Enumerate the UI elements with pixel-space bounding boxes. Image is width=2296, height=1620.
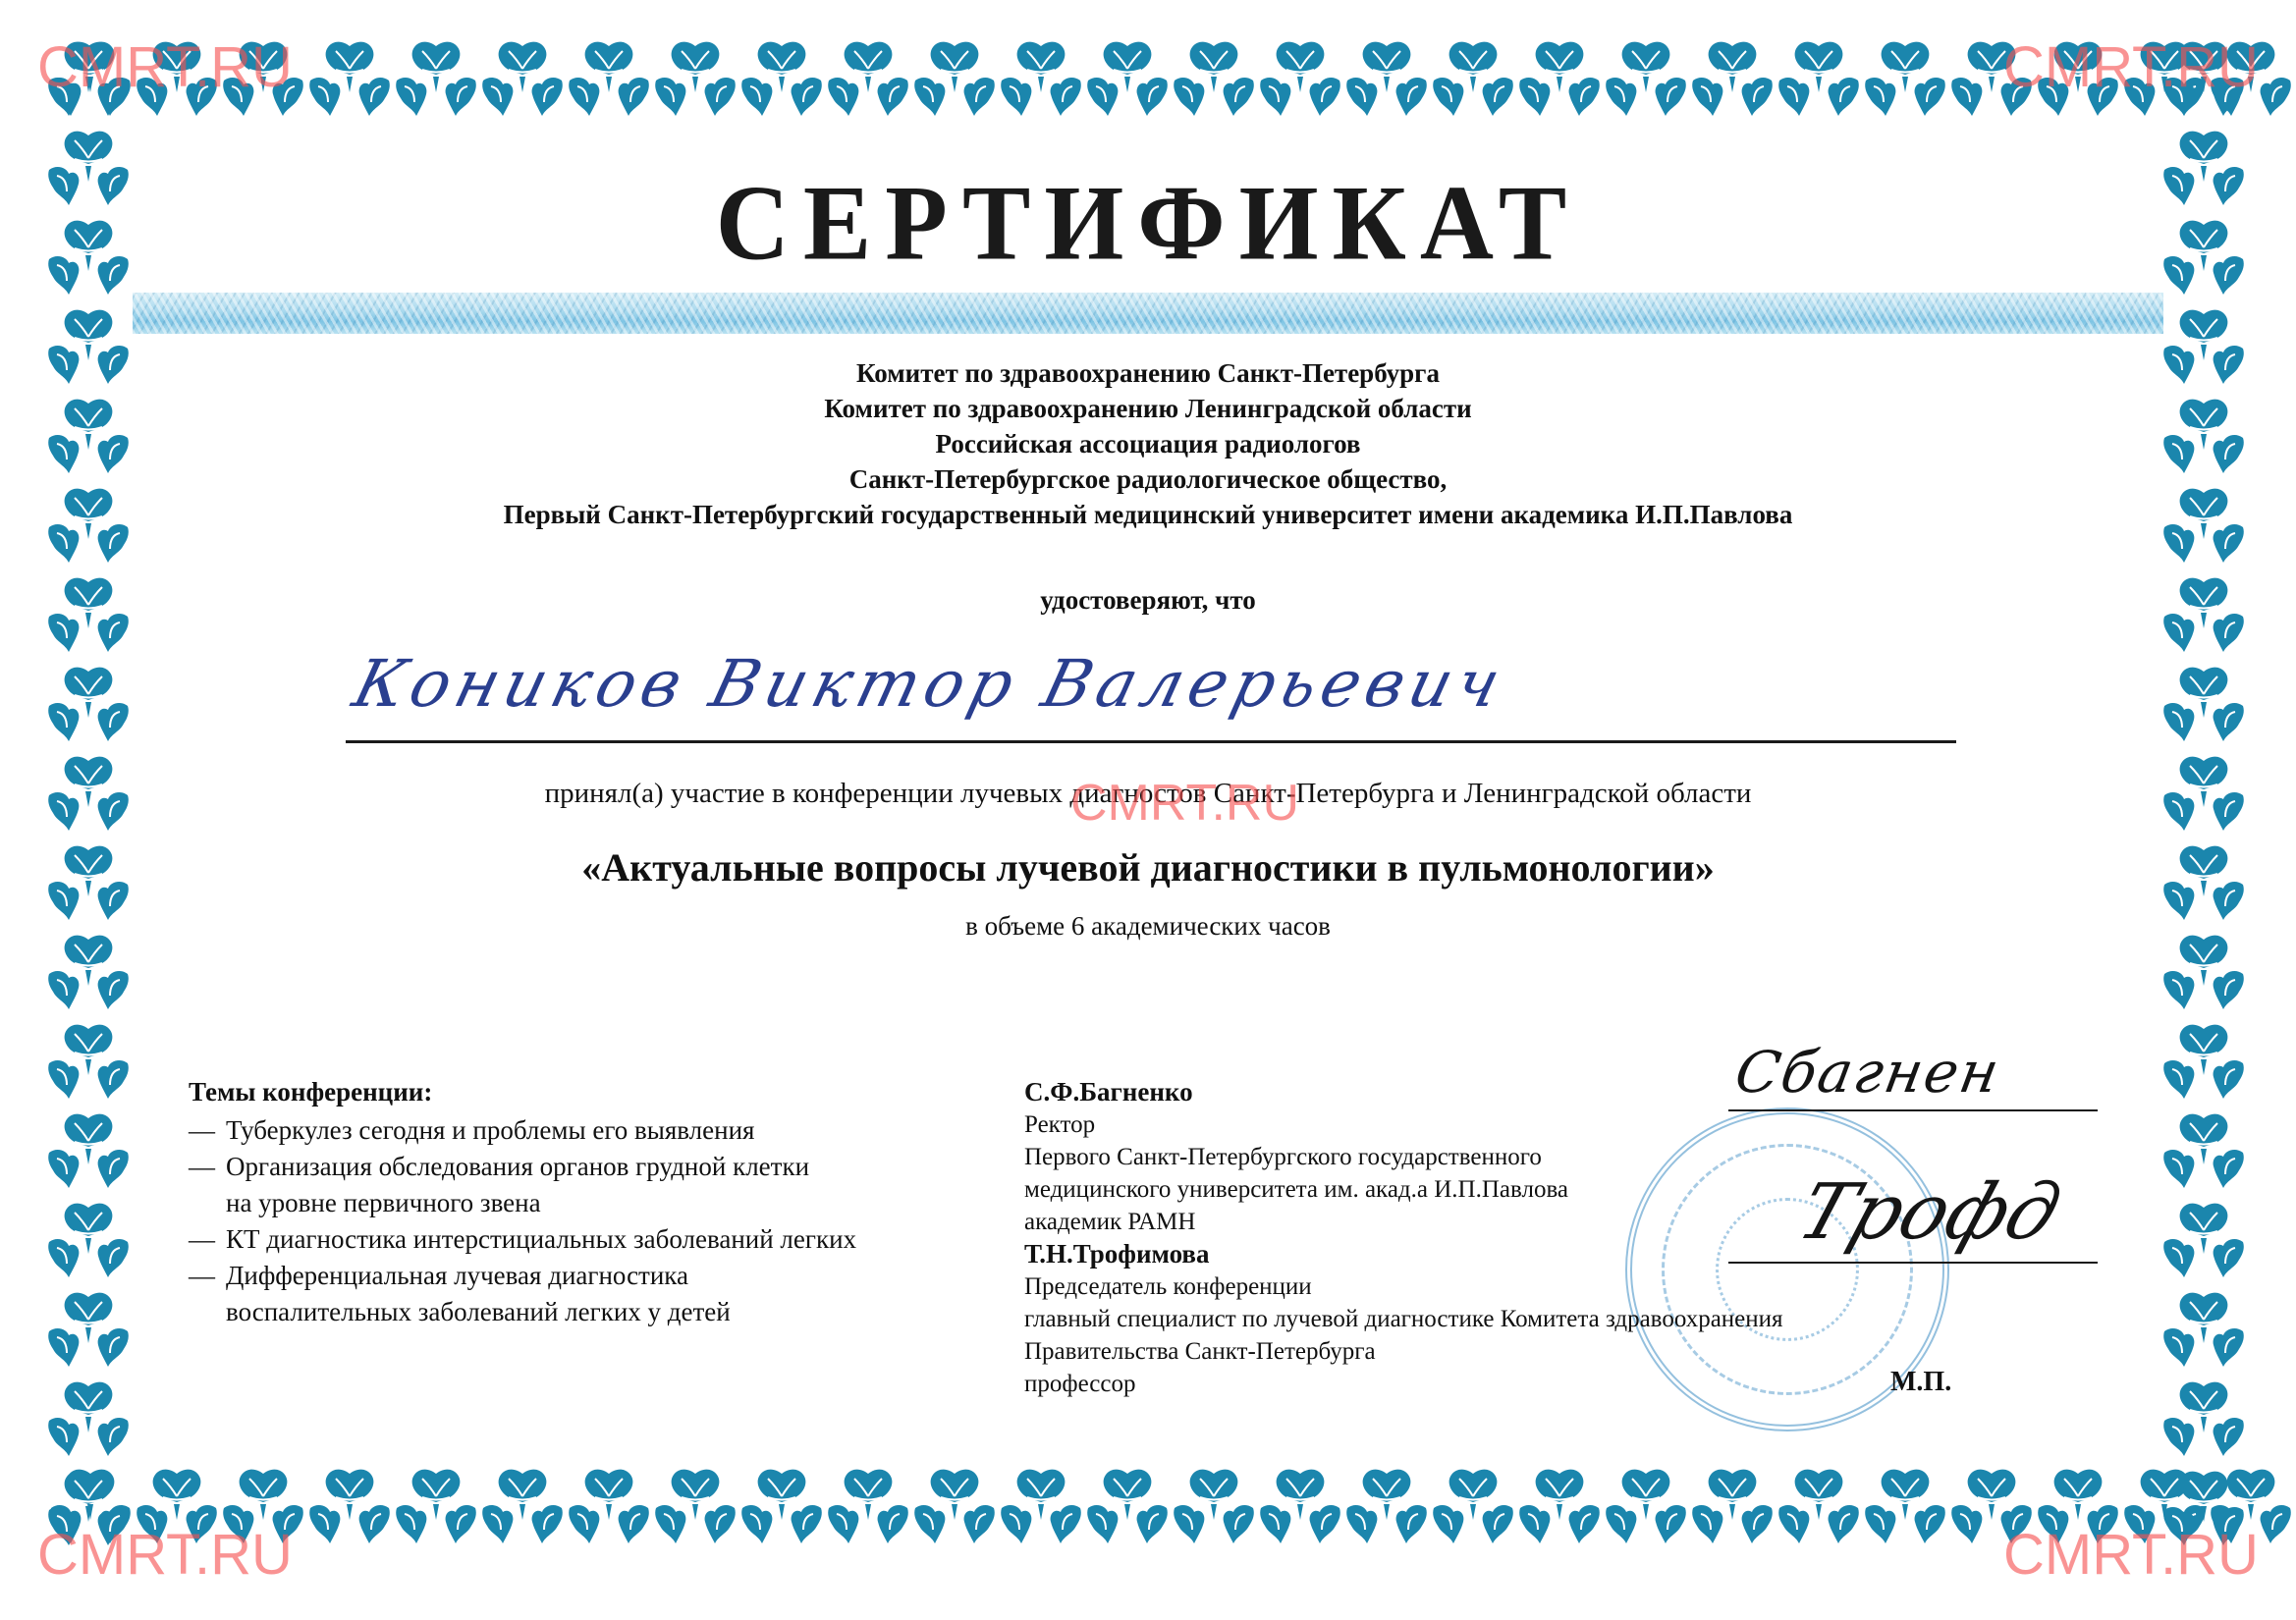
- flower-ornament-icon: [1257, 37, 1343, 124]
- conference-title: «Актуальные вопросы лучевой диагностики …: [0, 844, 2296, 891]
- flower-ornament-icon: [393, 37, 479, 124]
- topic-line: Организация обследования органов грудной…: [226, 1149, 994, 1185]
- flower-ornament-icon: [1343, 1465, 1430, 1551]
- flower-ornament-icon: [566, 1465, 652, 1551]
- flower-ornament-icon: [1343, 37, 1430, 124]
- topics-heading: Темы конференции:: [189, 1074, 994, 1110]
- watermark: CMRT.RU: [2003, 1527, 2259, 1584]
- dash-bullet: —: [189, 1112, 226, 1149]
- flower-ornament-icon: [45, 1377, 132, 1464]
- signatory-title-line: Первого Санкт-Петербургского государстве…: [1024, 1141, 1908, 1173]
- flower-ornament-icon: [2160, 931, 2247, 1017]
- flower-ornament-icon: [1257, 1465, 1343, 1551]
- flower-ornament-icon: [2160, 1199, 2247, 1285]
- flower-ornament-icon: [45, 931, 132, 1017]
- flower-ornament-icon: [911, 37, 998, 124]
- watermark: CMRT.RU: [37, 1527, 293, 1584]
- topic-line: Туберкулез сегодня и проблемы его выявле…: [226, 1115, 754, 1145]
- flower-ornament-icon: [1516, 37, 1603, 124]
- organization-line: Санкт-Петербургское радиологическое обще…: [0, 461, 2296, 497]
- flower-ornament-icon: [1171, 1465, 1257, 1551]
- signature-line: [1728, 1109, 2098, 1111]
- issuing-organizations: Комитет по здравоохранению Санкт-Петербу…: [0, 355, 2296, 532]
- topic-item: — Дифференциальная лучевая диагностика в…: [189, 1258, 994, 1330]
- signatory-title-line: профессор: [1024, 1368, 1908, 1400]
- flower-ornament-icon: [1862, 1465, 1948, 1551]
- organization-line: Комитет по здравоохранению Санкт-Петербу…: [0, 355, 2296, 391]
- certificate-title: СЕРТИФИКАТ: [0, 162, 2296, 285]
- watermark: CMRT.RU: [37, 39, 293, 96]
- signatory-title-line: Председатель конференции: [1024, 1270, 1908, 1303]
- flower-ornament-icon: [306, 1465, 393, 1551]
- signatory-title-line: медицинского университета им. акад.а И.П…: [1024, 1173, 1908, 1206]
- flower-ornament-icon: [911, 1465, 998, 1551]
- topic-line: Дифференциальная лучевая диагностика: [226, 1258, 994, 1294]
- topic-item: — КТ диагностика интерстициальных заболе…: [189, 1221, 994, 1258]
- dash-bullet: —: [189, 1149, 226, 1221]
- watermark: CMRT.RU: [2003, 39, 2259, 96]
- flower-ornament-icon: [45, 1288, 132, 1375]
- flower-ornament-icon: [2160, 1377, 2247, 1464]
- flower-ornament-icon: [45, 663, 132, 749]
- flower-ornament-icon: [1430, 37, 1516, 124]
- watermark: CMRT.RU: [1070, 778, 1299, 829]
- topic-line: КТ диагностика интерстициальных заболева…: [226, 1224, 856, 1254]
- flower-ornament-icon: [652, 1465, 738, 1551]
- dash-bullet: —: [189, 1221, 226, 1258]
- topic-item: — Туберкулез сегодня и проблемы его выяв…: [189, 1112, 994, 1149]
- flower-ornament-icon: [1603, 1465, 1689, 1551]
- recipient-name: Коников Виктор Валерьевич: [346, 646, 1513, 722]
- signature-rector: Сбагнен: [1730, 1039, 2005, 1106]
- flower-ornament-icon: [2160, 1288, 2247, 1375]
- topic-line: воспалительных заболеваний легких у дете…: [226, 1294, 994, 1330]
- recipient-name-field: Коников Виктор Валерьевич: [346, 638, 1956, 746]
- flower-ornament-icon: [393, 1465, 479, 1551]
- signatory-title-line: главный специалист по лучевой диагностик…: [1024, 1303, 1908, 1335]
- flower-ornament-icon: [1171, 37, 1257, 124]
- flower-ornament-icon: [1689, 37, 1776, 124]
- topic-item: — Организация обследования органов грудн…: [189, 1149, 994, 1221]
- signature-line: [1728, 1262, 2098, 1264]
- flower-ornament-icon: [45, 1199, 132, 1285]
- flower-ornament-icon: [2160, 1020, 2247, 1107]
- flower-ornament-icon: [306, 37, 393, 124]
- dash-bullet: —: [189, 1258, 226, 1330]
- flower-ornament-icon: [1689, 1465, 1776, 1551]
- flower-ornament-icon: [825, 1465, 911, 1551]
- flower-ornament-icon: [1862, 37, 1948, 124]
- flower-ornament-icon: [2160, 1109, 2247, 1196]
- flower-ornament-icon: [1084, 37, 1171, 124]
- flower-border-bottom: [47, 1465, 2257, 1553]
- topic-line: на уровне первичного звена: [226, 1185, 994, 1221]
- signatory-title-line: Ректор: [1024, 1108, 1908, 1141]
- flower-ornament-icon: [45, 1020, 132, 1107]
- organization-line: Российская ассоциация радиологов: [0, 426, 2296, 461]
- name-underline: [346, 740, 1956, 743]
- flower-border-top: [47, 37, 2257, 126]
- flower-ornament-icon: [738, 1465, 825, 1551]
- flower-ornament-icon: [45, 1109, 132, 1196]
- flower-ornament-icon: [2160, 663, 2247, 749]
- signatories-block: С.Ф.Багненко Ректор Первого Санкт-Петерб…: [1024, 1076, 1908, 1400]
- certifies-text: удостоверяют, что: [0, 585, 2296, 616]
- signatory-title-line: академик РАМН: [1024, 1206, 1908, 1238]
- stamp-place-label: М.П.: [1890, 1367, 1951, 1398]
- signature-chair: Трофд: [1787, 1168, 2071, 1257]
- flower-ornament-icon: [825, 37, 911, 124]
- decorative-ribbon: [133, 293, 2163, 334]
- conference-topics: Темы конференции: — Туберкулез сегодня и…: [189, 1074, 994, 1330]
- flower-ornament-icon: [566, 37, 652, 124]
- flower-ornament-icon: [1603, 37, 1689, 124]
- flower-ornament-icon: [1084, 1465, 1171, 1551]
- flower-ornament-icon: [479, 37, 566, 124]
- organization-line: Комитет по здравоохранению Ленинградской…: [0, 391, 2296, 426]
- signatory-name: Т.Н.Трофимова: [1024, 1238, 1908, 1270]
- flower-ornament-icon: [1516, 1465, 1603, 1551]
- flower-ornament-icon: [998, 37, 1084, 124]
- flower-ornament-icon: [1430, 1465, 1516, 1551]
- flower-ornament-icon: [652, 37, 738, 124]
- flower-ornament-icon: [1776, 1465, 1862, 1551]
- organization-line: Первый Санкт-Петербургский государственн…: [0, 497, 2296, 532]
- flower-ornament-icon: [479, 1465, 566, 1551]
- hours-volume: в объеме 6 академических часов: [0, 911, 2296, 942]
- flower-ornament-icon: [998, 1465, 1084, 1551]
- flower-ornament-icon: [738, 37, 825, 124]
- flower-ornament-icon: [1776, 37, 1862, 124]
- signatory-title-line: Правительства Санкт-Петербурга: [1024, 1335, 1908, 1368]
